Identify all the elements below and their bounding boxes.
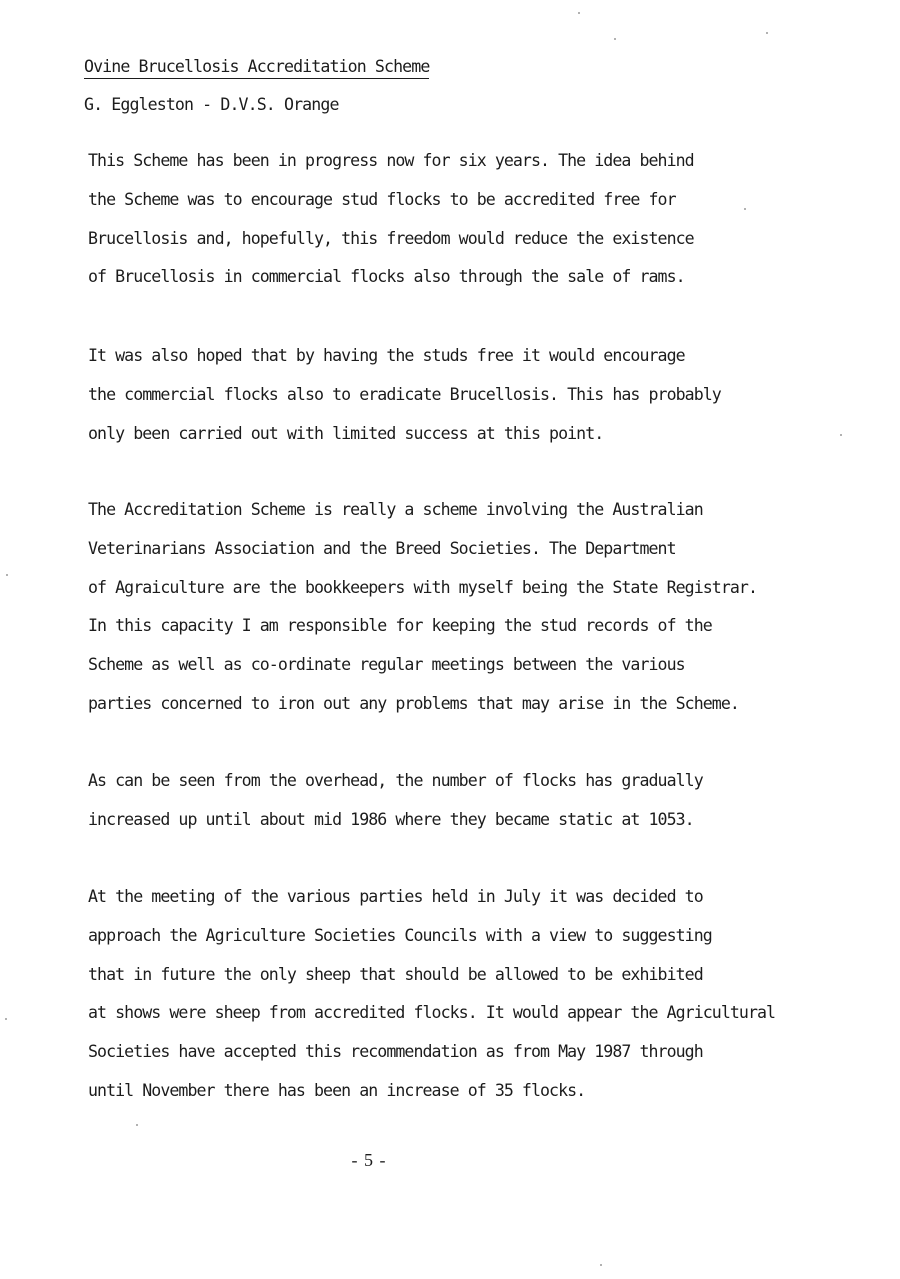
scan-speck (840, 434, 842, 436)
text-line: parties concerned to iron out any proble… (88, 685, 757, 724)
paragraph-accreditation-parties: The Accreditation Scheme is really a sch… (88, 491, 757, 724)
scan-speck (600, 1264, 602, 1266)
text-line: approach the Agriculture Societies Counc… (88, 917, 775, 956)
text-line: of Agraiculture are the bookkeepers with… (88, 569, 757, 608)
paragraph-commercial-flocks: It was also hoped that by having the stu… (88, 337, 721, 453)
scan-speck (614, 38, 616, 40)
text-line: the commercial flocks also to eradicate … (88, 376, 721, 415)
text-line: It was also hoped that by having the stu… (88, 337, 721, 376)
text-line: Veterinarians Association and the Breed … (88, 530, 757, 569)
scan-speck (5, 1018, 7, 1020)
page-number: - 5 - (0, 1150, 738, 1171)
author-line: G. Eggleston - D.V.S. Orange (84, 95, 339, 115)
text-line: increased up until about mid 1986 where … (88, 801, 703, 840)
document-title: Ovine Brucellosis Accreditation Scheme (84, 57, 429, 79)
text-line: at shows were sheep from accredited floc… (88, 994, 775, 1033)
document-page: Ovine Brucellosis Accreditation Scheme G… (0, 0, 900, 1279)
text-line: of Brucellosis in commercial flocks also… (88, 258, 694, 297)
scan-speck (744, 208, 746, 210)
scan-speck (578, 12, 580, 14)
text-line: that in future the only sheep that shoul… (88, 956, 775, 995)
text-line: until November there has been an increas… (88, 1072, 775, 1111)
text-line: As can be seen from the overhead, the nu… (88, 762, 703, 801)
scan-speck (766, 32, 768, 34)
text-line: In this capacity I am responsible for ke… (88, 607, 757, 646)
text-line: only been carried out with limited succe… (88, 415, 721, 454)
paragraph-july-meeting: At the meeting of the various parties he… (88, 878, 775, 1111)
text-line: This Scheme has been in progress now for… (88, 142, 694, 181)
scan-speck (136, 1124, 138, 1126)
text-line: the Scheme was to encourage stud flocks … (88, 181, 694, 220)
text-line: The Accreditation Scheme is really a sch… (88, 491, 757, 530)
text-line: At the meeting of the various parties he… (88, 878, 775, 917)
scan-speck (6, 574, 8, 576)
text-line: Brucellosis and, hopefully, this freedom… (88, 220, 694, 259)
text-line: Scheme as well as co-ordinate regular me… (88, 646, 757, 685)
paragraph-scheme-intro: This Scheme has been in progress now for… (88, 142, 694, 297)
text-line: Societies have accepted this recommendat… (88, 1033, 775, 1072)
paragraph-flock-numbers: As can be seen from the overhead, the nu… (88, 762, 703, 840)
